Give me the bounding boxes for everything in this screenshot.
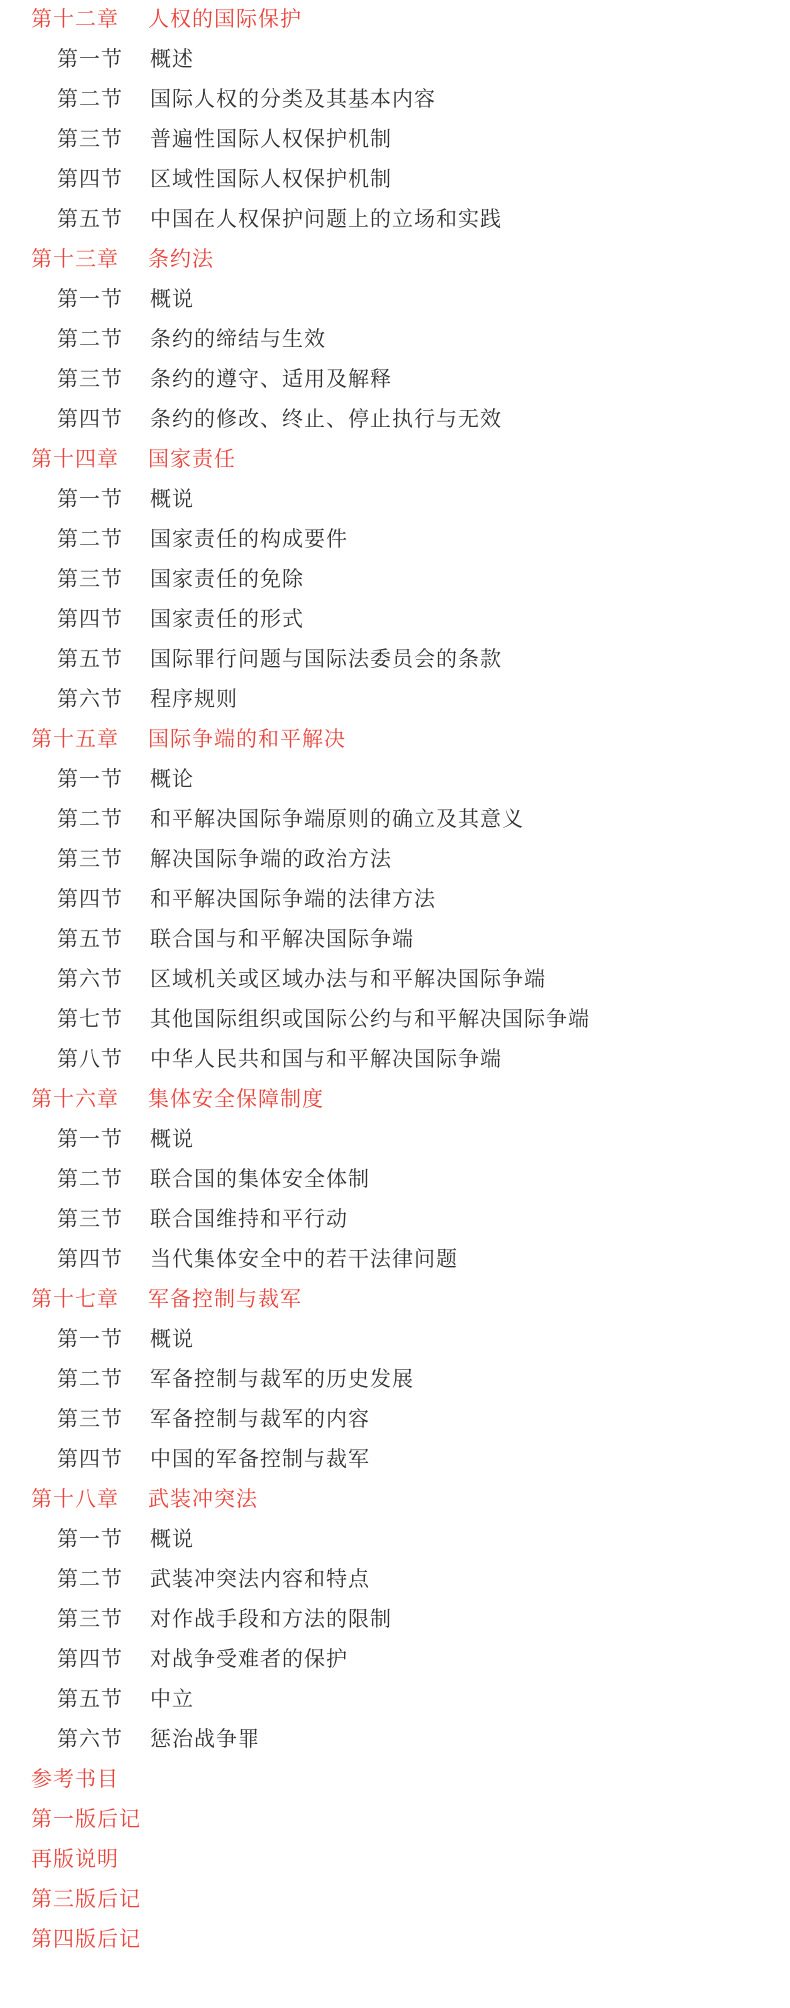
toc-section-row: 第四节条约的修改、终止、停止执行与无效: [0, 400, 790, 440]
section-title: 当代集体安全中的若干法律问题: [150, 1240, 458, 1280]
toc-section-row: 第七节其他国际组织或国际公约与和平解决国际争端: [0, 1000, 790, 1040]
section-number-label: 第三节: [57, 840, 123, 880]
chapter-title: 集体安全保障制度: [148, 1080, 324, 1120]
section-number-label: 第六节: [57, 960, 123, 1000]
toc-section-row: 第一节概论: [0, 760, 790, 800]
toc-section-row: 第二节和平解决国际争端原则的确立及其意义: [0, 800, 790, 840]
toc-section-row: 第一节概说: [0, 1320, 790, 1360]
backmatter-title: 参考书目: [31, 1760, 119, 1800]
toc-section-row: 第八节中华人民共和国与和平解决国际争端: [0, 1040, 790, 1080]
section-title: 和平解决国际争端的法律方法: [150, 880, 436, 920]
toc-section-row: 第二节国际人权的分类及其基本内容: [0, 80, 790, 120]
chapter-title: 条约法: [148, 240, 214, 280]
section-title: 对作战手段和方法的限制: [150, 1600, 392, 1640]
toc-section-row: 第六节程序规则: [0, 680, 790, 720]
section-title: 条约的缔结与生效: [150, 320, 326, 360]
section-number-label: 第四节: [57, 600, 123, 640]
section-title: 对战争受难者的保护: [150, 1640, 348, 1680]
toc-section-row: 第二节武装冲突法内容和特点: [0, 1560, 790, 1600]
section-number-label: 第三节: [57, 360, 123, 400]
table-of-contents: 第十二章人权的国际保护第一节概述第二节国际人权的分类及其基本内容第三节普遍性国际…: [0, 0, 790, 1960]
section-number-label: 第一节: [57, 480, 123, 520]
section-title: 国家责任的构成要件: [150, 520, 348, 560]
backmatter-title: 第四版后记: [31, 1920, 141, 1960]
toc-chapter-row: 第十二章人权的国际保护: [0, 0, 790, 40]
section-title: 条约的遵守、适用及解释: [150, 360, 392, 400]
chapter-title: 武装冲突法: [148, 1480, 258, 1520]
toc-section-row: 第三节对作战手段和方法的限制: [0, 1600, 790, 1640]
chapter-title: 人权的国际保护: [148, 0, 302, 40]
toc-section-row: 第四节中国的军备控制与裁军: [0, 1440, 790, 1480]
toc-backmatter-row: 第四版后记: [0, 1920, 790, 1960]
toc-section-row: 第二节军备控制与裁军的历史发展: [0, 1360, 790, 1400]
chapter-number-label: 第十五章: [31, 720, 119, 760]
section-number-label: 第五节: [57, 920, 123, 960]
toc-chapter-row: 第十四章国家责任: [0, 440, 790, 480]
toc-section-row: 第六节惩治战争罪: [0, 1720, 790, 1760]
section-number-label: 第五节: [57, 1680, 123, 1720]
section-title: 军备控制与裁军的历史发展: [150, 1360, 414, 1400]
section-title: 概说: [150, 480, 194, 520]
section-number-label: 第二节: [57, 800, 123, 840]
section-title: 联合国维持和平行动: [150, 1200, 348, 1240]
section-title: 军备控制与裁军的内容: [150, 1400, 370, 1440]
section-number-label: 第六节: [57, 1720, 123, 1760]
section-title: 程序规则: [150, 680, 238, 720]
backmatter-title: 第三版后记: [31, 1880, 141, 1920]
toc-chapter-row: 第十五章国际争端的和平解决: [0, 720, 790, 760]
section-number-label: 第三节: [57, 1400, 123, 1440]
chapter-title: 国际争端的和平解决: [148, 720, 346, 760]
section-title: 概论: [150, 760, 194, 800]
section-title: 条约的修改、终止、停止执行与无效: [150, 400, 502, 440]
section-title: 概说: [150, 1120, 194, 1160]
toc-section-row: 第四节国家责任的形式: [0, 600, 790, 640]
section-number-label: 第二节: [57, 320, 123, 360]
chapter-title: 国家责任: [148, 440, 236, 480]
toc-section-row: 第三节联合国维持和平行动: [0, 1200, 790, 1240]
section-title: 区域性国际人权保护机制: [150, 160, 392, 200]
toc-section-row: 第五节联合国与和平解决国际争端: [0, 920, 790, 960]
section-number-label: 第五节: [57, 640, 123, 680]
toc-chapter-row: 第十六章集体安全保障制度: [0, 1080, 790, 1120]
toc-chapter-row: 第十八章武装冲突法: [0, 1480, 790, 1520]
section-number-label: 第三节: [57, 560, 123, 600]
toc-section-row: 第一节概说: [0, 480, 790, 520]
chapter-number-label: 第十六章: [31, 1080, 119, 1120]
toc-section-row: 第五节中立: [0, 1680, 790, 1720]
section-number-label: 第三节: [57, 1200, 123, 1240]
section-number-label: 第二节: [57, 1560, 123, 1600]
section-number-label: 第八节: [57, 1040, 123, 1080]
chapter-number-label: 第十七章: [31, 1280, 119, 1320]
chapter-number-label: 第十三章: [31, 240, 119, 280]
section-number-label: 第一节: [57, 1520, 123, 1560]
section-number-label: 第二节: [57, 1360, 123, 1400]
toc-section-row: 第二节国家责任的构成要件: [0, 520, 790, 560]
toc-section-row: 第三节解决国际争端的政治方法: [0, 840, 790, 880]
toc-section-row: 第二节联合国的集体安全体制: [0, 1160, 790, 1200]
toc-section-row: 第四节对战争受难者的保护: [0, 1640, 790, 1680]
chapter-title: 军备控制与裁军: [148, 1280, 302, 1320]
toc-chapter-row: 第十七章军备控制与裁军: [0, 1280, 790, 1320]
section-title: 联合国与和平解决国际争端: [150, 920, 414, 960]
section-title: 惩治战争罪: [150, 1720, 260, 1760]
toc-section-row: 第三节国家责任的免除: [0, 560, 790, 600]
chapter-number-label: 第十二章: [31, 0, 119, 40]
section-number-label: 第二节: [57, 80, 123, 120]
section-title: 解决国际争端的政治方法: [150, 840, 392, 880]
toc-section-row: 第四节区域性国际人权保护机制: [0, 160, 790, 200]
section-title: 中华人民共和国与和平解决国际争端: [150, 1040, 502, 1080]
section-number-label: 第五节: [57, 200, 123, 240]
section-number-label: 第六节: [57, 680, 123, 720]
section-number-label: 第三节: [57, 120, 123, 160]
toc-section-row: 第一节概说: [0, 1520, 790, 1560]
section-title: 武装冲突法内容和特点: [150, 1560, 370, 1600]
section-number-label: 第四节: [57, 1240, 123, 1280]
section-title: 国际罪行问题与国际法委员会的条款: [150, 640, 502, 680]
toc-backmatter-row: 第一版后记: [0, 1800, 790, 1840]
toc-section-row: 第三节条约的遵守、适用及解释: [0, 360, 790, 400]
toc-section-row: 第一节概说: [0, 1120, 790, 1160]
toc-section-row: 第一节概说: [0, 280, 790, 320]
section-number-label: 第四节: [57, 880, 123, 920]
section-number-label: 第一节: [57, 280, 123, 320]
section-title: 中国在人权保护问题上的立场和实践: [150, 200, 502, 240]
toc-section-row: 第四节和平解决国际争端的法律方法: [0, 880, 790, 920]
section-title: 其他国际组织或国际公约与和平解决国际争端: [150, 1000, 590, 1040]
section-title: 概说: [150, 1520, 194, 1560]
section-title: 国家责任的免除: [150, 560, 304, 600]
chapter-number-label: 第十八章: [31, 1480, 119, 1520]
section-title: 概说: [150, 1320, 194, 1360]
section-title: 和平解决国际争端原则的确立及其意义: [150, 800, 524, 840]
toc-section-row: 第三节普遍性国际人权保护机制: [0, 120, 790, 160]
toc-section-row: 第六节区域机关或区域办法与和平解决国际争端: [0, 960, 790, 1000]
section-title: 联合国的集体安全体制: [150, 1160, 370, 1200]
section-number-label: 第一节: [57, 40, 123, 80]
section-number-label: 第二节: [57, 520, 123, 560]
toc-backmatter-row: 第三版后记: [0, 1880, 790, 1920]
section-title: 概述: [150, 40, 194, 80]
toc-backmatter-row: 参考书目: [0, 1760, 790, 1800]
section-title: 中立: [150, 1680, 194, 1720]
section-number-label: 第一节: [57, 760, 123, 800]
section-title: 国际人权的分类及其基本内容: [150, 80, 436, 120]
chapter-number-label: 第十四章: [31, 440, 119, 480]
section-title: 区域机关或区域办法与和平解决国际争端: [150, 960, 546, 1000]
toc-section-row: 第二节条约的缔结与生效: [0, 320, 790, 360]
section-number-label: 第一节: [57, 1320, 123, 1360]
section-number-label: 第三节: [57, 1600, 123, 1640]
section-number-label: 第一节: [57, 1120, 123, 1160]
toc-backmatter-row: 再版说明: [0, 1840, 790, 1880]
backmatter-title: 第一版后记: [31, 1800, 141, 1840]
section-number-label: 第七节: [57, 1000, 123, 1040]
toc-section-row: 第五节国际罪行问题与国际法委员会的条款: [0, 640, 790, 680]
backmatter-title: 再版说明: [31, 1840, 119, 1880]
toc-chapter-row: 第十三章条约法: [0, 240, 790, 280]
section-title: 国家责任的形式: [150, 600, 304, 640]
toc-section-row: 第一节概述: [0, 40, 790, 80]
section-number-label: 第四节: [57, 1640, 123, 1680]
section-number-label: 第四节: [57, 400, 123, 440]
section-number-label: 第四节: [57, 1440, 123, 1480]
section-number-label: 第二节: [57, 1160, 123, 1200]
toc-section-row: 第五节中国在人权保护问题上的立场和实践: [0, 200, 790, 240]
toc-section-row: 第四节当代集体安全中的若干法律问题: [0, 1240, 790, 1280]
section-number-label: 第四节: [57, 160, 123, 200]
section-title: 中国的军备控制与裁军: [150, 1440, 370, 1480]
section-title: 普遍性国际人权保护机制: [150, 120, 392, 160]
section-title: 概说: [150, 280, 194, 320]
toc-section-row: 第三节军备控制与裁军的内容: [0, 1400, 790, 1440]
